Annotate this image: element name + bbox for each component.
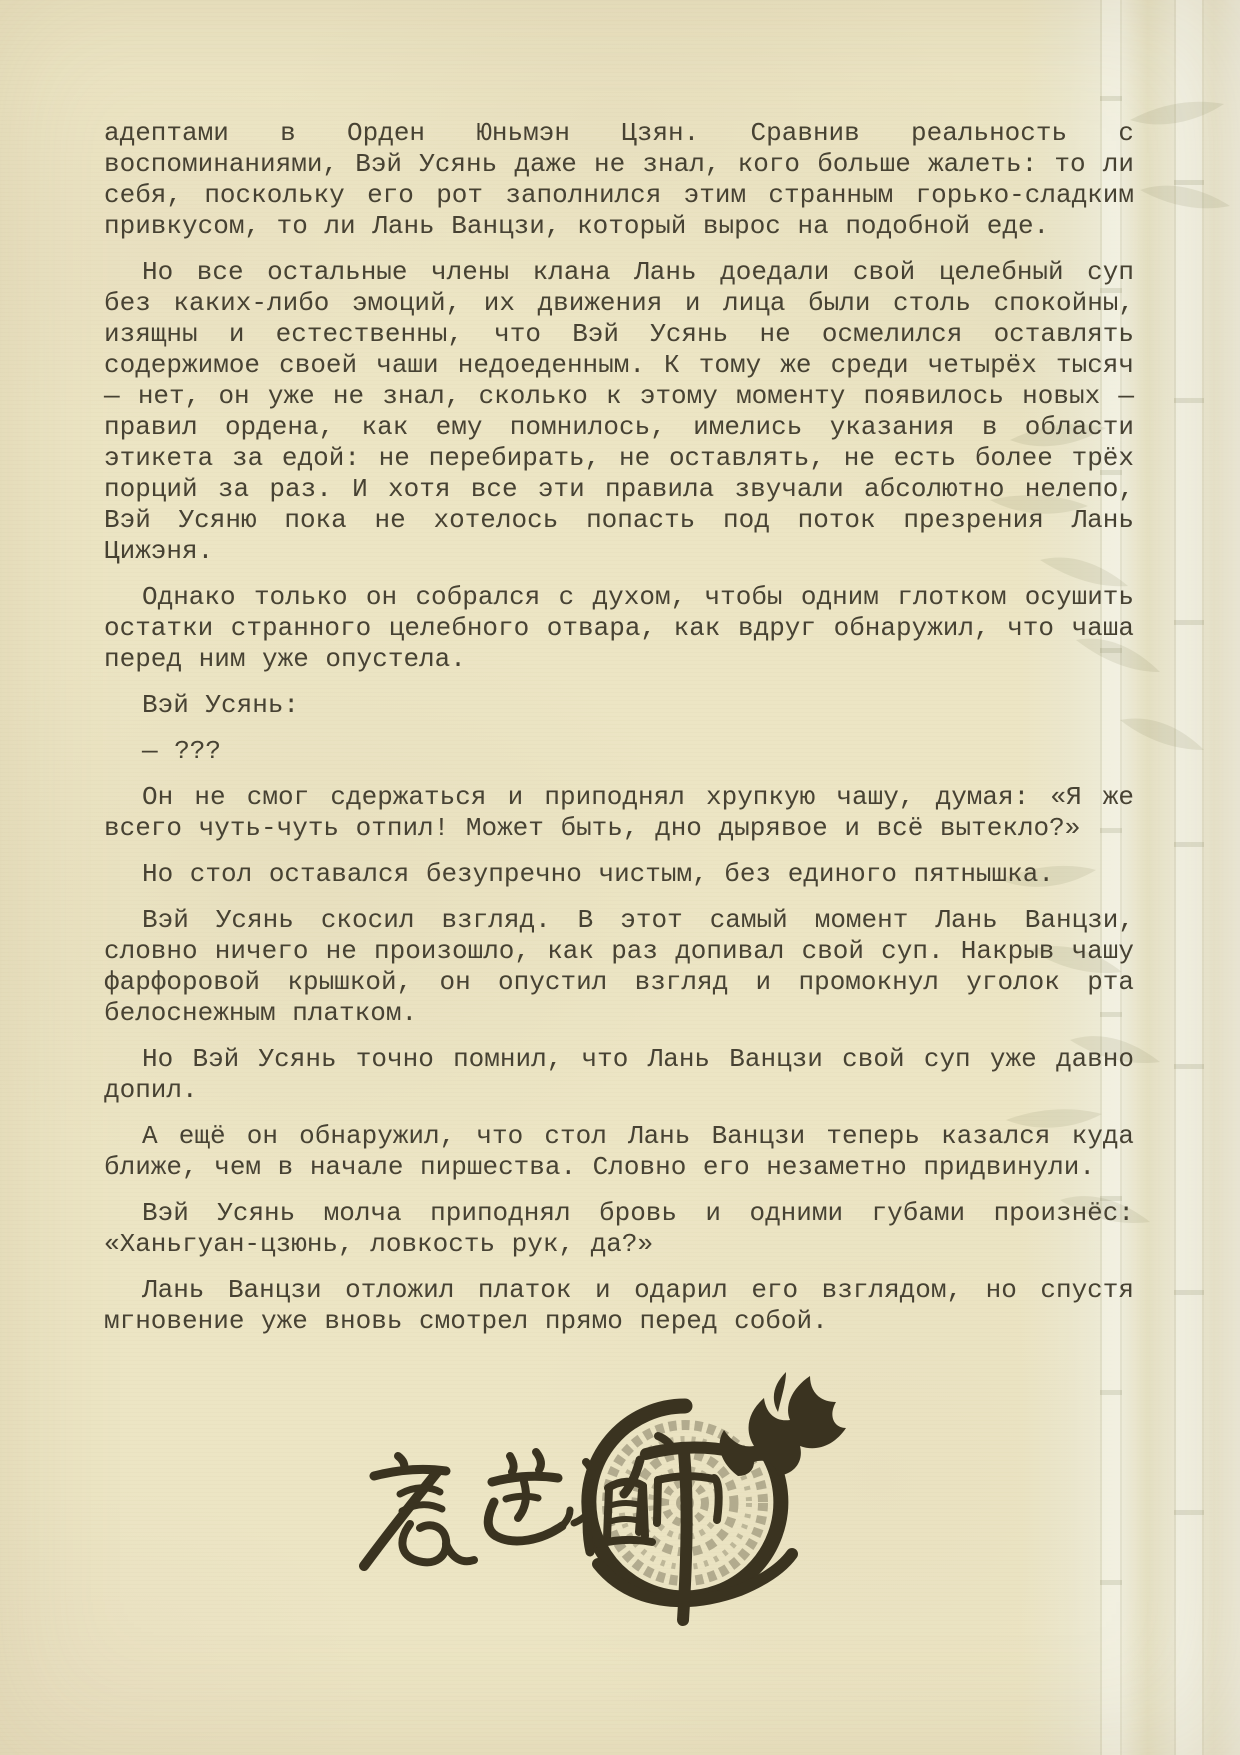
paragraph: Но Вэй Усянь точно помнил, что Лань Ванц… <box>104 1044 1134 1106</box>
paragraph: Вэй Усянь скосил взгляд. В этот самый мо… <box>104 905 1134 1029</box>
char-dao <box>488 1452 570 1541</box>
paragraph: Вэй Усянь: <box>104 690 1134 721</box>
paragraph: адептами в Орден Юньмэн Цзян. Сравнив ре… <box>104 118 1134 242</box>
story-text: адептами в Орден Юньмэн Цзян. Сравнив ре… <box>104 118 1134 1337</box>
book-page: адептами в Орден Юньмэн Цзян. Сравнив ре… <box>0 0 1240 1755</box>
paragraph: Однако только он собрался с духом, чтобы… <box>104 582 1134 675</box>
modaozushi-calligraphy <box>340 1368 860 1698</box>
paragraph: Вэй Усянь молча приподнял бровь и одними… <box>104 1198 1134 1260</box>
paragraph: Но стол оставался безупречно чистым, без… <box>104 859 1134 890</box>
char-mo <box>364 1456 474 1566</box>
paragraph: Он не смог сдержаться и приподнял хрупку… <box>104 782 1134 844</box>
paragraph: Но все остальные члены клана Лань доедал… <box>104 257 1134 567</box>
paragraph: А ещё он обнаружил, что стол Лань Ванцзи… <box>104 1121 1134 1183</box>
modaozushi-logo: 魔道祖师 <box>340 1368 860 1698</box>
paragraph: Лань Ванцзи отложил платок и одарил его … <box>104 1275 1134 1337</box>
paragraph: — ??? <box>104 736 1134 767</box>
flame-flourish-icon <box>720 1372 846 1476</box>
